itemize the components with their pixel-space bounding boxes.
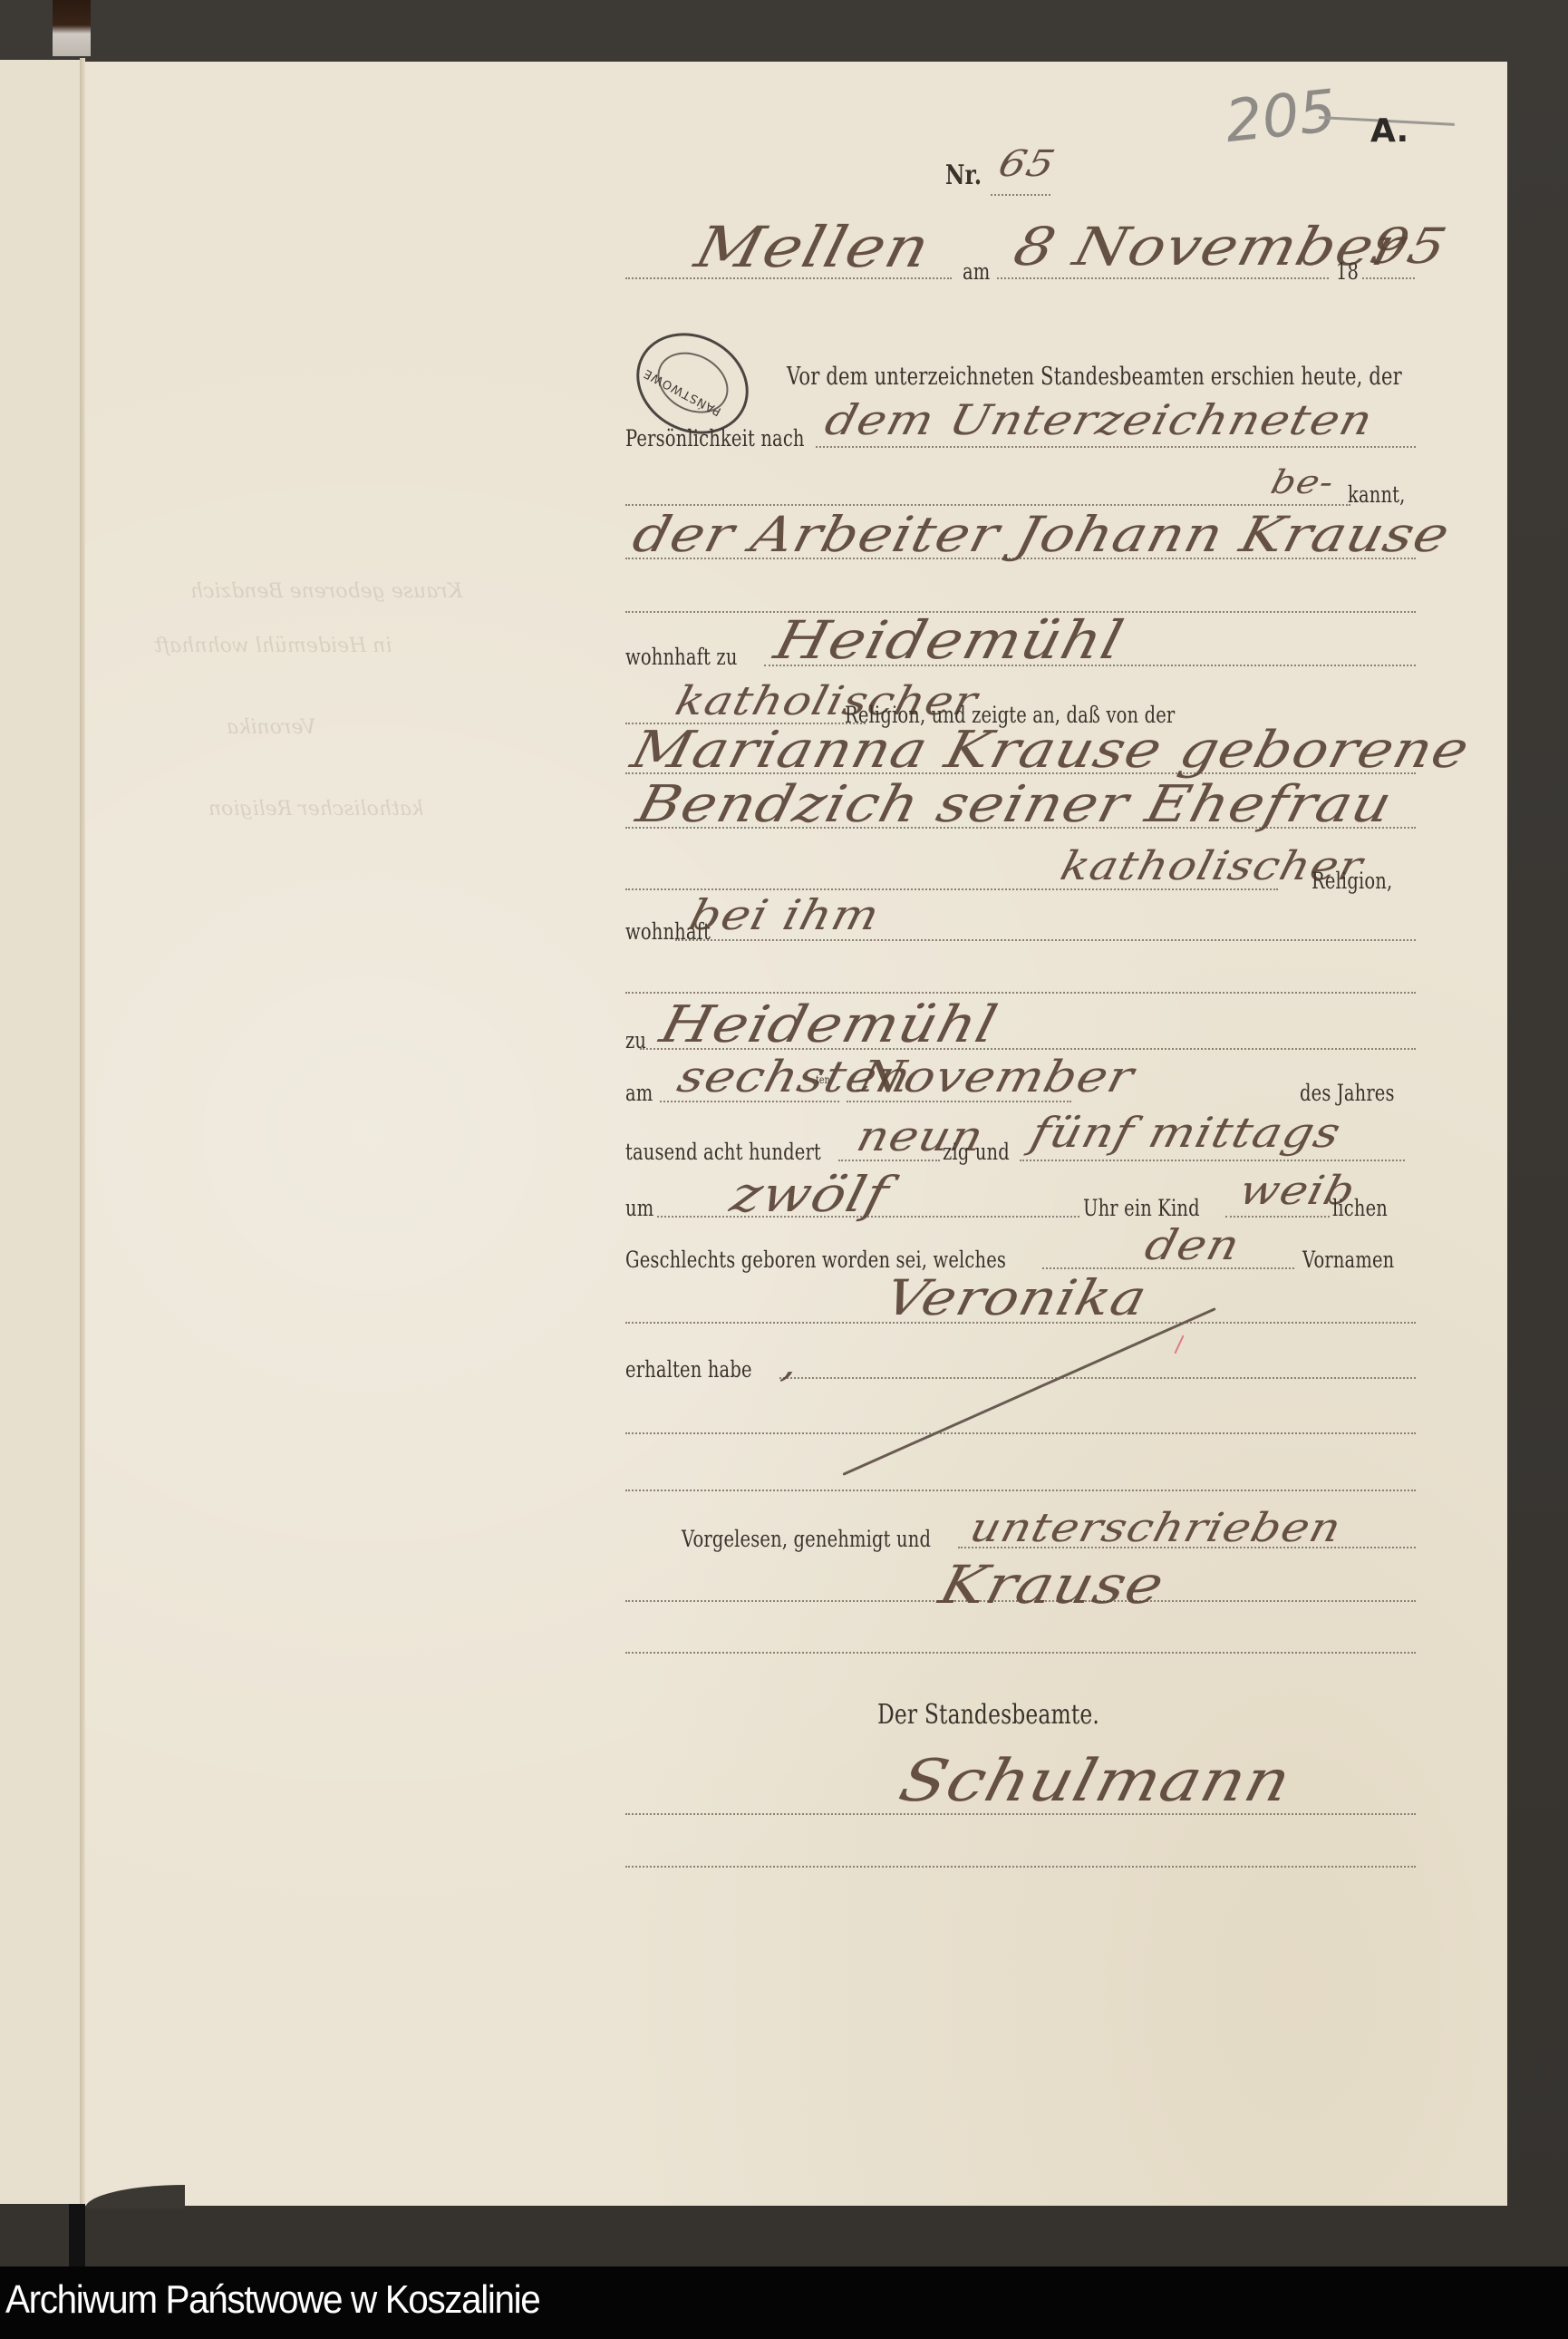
nr-label: Nr. [945,160,982,191]
am-label: am [963,258,990,285]
wohnhaft-line [675,939,1416,941]
bleed-through-text: Veronika [227,716,315,739]
zig-und-label: zig und [943,1139,1010,1165]
des-jahres-label: des Jahres [1300,1080,1395,1106]
vorgelesen-label: Vorgelesen, genehmigt und [682,1526,931,1552]
left-page-edge [0,60,82,2204]
wohnhaft-zu-value: Heidemühl [769,609,1130,671]
year-field-line [1362,277,1415,279]
vornamen-label: Vornamen [1302,1247,1394,1273]
vorgelesen-value: unterschrieben [965,1505,1347,1551]
erhalten-line [779,1377,1416,1379]
mother-name-line-1: Marianna Krause geborene [625,721,1476,780]
erhalten-label: erhalten habe [625,1356,752,1383]
binding-thread [53,0,91,56]
hour-value: zwölf [725,1166,895,1223]
persoenlichkeit-label: Persönlichkeit nach [625,425,805,451]
year-suffix: 95 [1365,218,1453,275]
blank-line [625,1652,1416,1654]
der-value: den [1140,1220,1245,1269]
wohnhaft-value: bei ihm [684,890,886,939]
intro-text: Vor dem unterzeichneten Standesbeamten e… [787,363,1402,391]
um-label: um [625,1195,653,1221]
tausend-label: tausend acht hundert [625,1139,821,1165]
wohnhaft-zu-label: wohnhaft zu [625,644,738,670]
kannt-label: kannt, [1348,481,1406,508]
standesbeamte-label: Der Standesbeamte. [877,1699,1099,1731]
unit-line [1020,1160,1405,1161]
persoenlichkeit-value: dem Unterzeichneten [820,395,1379,444]
religion2-label: Religion, [1312,868,1392,894]
persoenlichkeit-line [816,446,1416,448]
ten-suffix: ten [816,1073,830,1086]
blank-line [625,1432,1416,1434]
mother-name-line-2: Bendzich seiner Ehefrau [631,775,1399,834]
child-name-value: Veronika [879,1269,1153,1326]
archive-footer-bar: Archiwum Państwowe w Koszalinie [0,2266,1568,2339]
bleed-through-text: katholischer Religion [208,798,423,820]
bottom-line [625,1866,1416,1868]
informant-signature: Krause [934,1554,1171,1616]
nr-value: 65 [994,143,1060,185]
form-letter: A. [1370,112,1408,150]
informant-value: der Arbeiter Johann Krause [627,506,1456,563]
zu-value: Heidemühl [654,995,1003,1054]
place-value: Mellen [689,214,937,280]
nr-field-line [991,194,1050,196]
lichen-label: lichen [1332,1195,1388,1221]
blank-line [625,992,1416,994]
registrar-signature: Schulmann [893,1748,1298,1815]
sex-line [1225,1216,1330,1218]
date-field-line [997,277,1329,279]
bleed-through-text: in Heidemühl wohnhaft [154,635,392,657]
blank-line [625,1490,1416,1491]
uhr-label: Uhr ein Kind [1083,1195,1200,1221]
month-value: November [854,1052,1139,1102]
kannt-prefix: be- [1267,464,1339,501]
unit-value: fünf mittags [1026,1108,1347,1157]
year-prefix: 18 [1336,258,1359,285]
am-day-label: am [625,1080,653,1106]
bleed-through-text: Krause geborene Bendzich [190,580,462,603]
archive-name: Archiwum Państwowe w Koszalinie [5,2277,539,2323]
binding-gap [69,2204,85,2267]
